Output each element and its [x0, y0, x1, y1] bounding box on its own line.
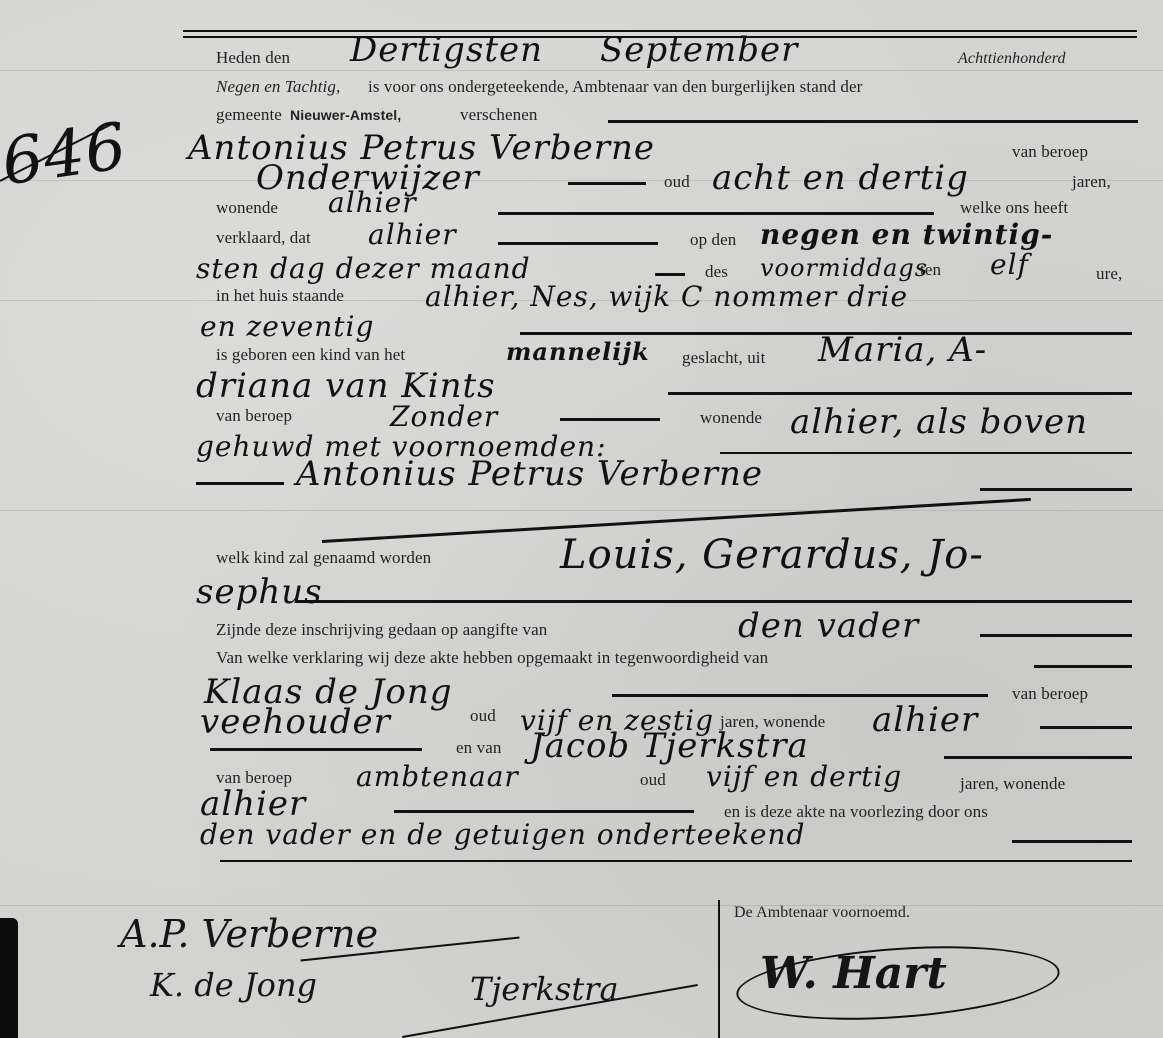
handwritten-mother-name: Maria, A- — [818, 330, 987, 370]
handwritten-house-location: alhier, Nes, wijk C nommer drie — [425, 280, 908, 313]
label-op-den: op den — [690, 230, 736, 250]
label-van-beroep-1: van beroep — [1012, 142, 1088, 162]
label-jaren-wonende-2: jaren, wonende — [960, 774, 1065, 794]
fill-rule — [568, 182, 646, 185]
fill-rule — [1012, 840, 1132, 843]
label-oud-1: oud — [664, 172, 690, 192]
label-in-het-huis: in het huis staande — [216, 286, 344, 306]
handwritten-witness1-residence: alhier — [872, 700, 978, 740]
fill-rule — [720, 452, 1132, 454]
label-des: des — [705, 262, 728, 282]
label-verschenen: verschenen — [460, 105, 537, 125]
handwritten-declarant-age: acht en dertig — [712, 158, 969, 198]
municipality-name: Nieuwer-Amstel, — [290, 107, 401, 123]
label-ten: ten — [920, 260, 941, 280]
label-heden-den: Heden den — [216, 48, 290, 68]
handwritten-month: September — [600, 30, 798, 70]
handwritten-hour: elf — [990, 248, 1029, 281]
handwritten-time-of-day: voormiddags — [760, 254, 928, 282]
signature-divider — [718, 900, 720, 1038]
handwritten-sex: mannelijk — [506, 337, 650, 366]
label-van-beroep-3: van beroep — [1012, 684, 1088, 704]
handwritten-mother-occupation: Zonder — [390, 400, 498, 433]
fill-rule — [944, 756, 1132, 759]
label-van-welke: Van welke verklaring wij deze akte hebbe… — [216, 648, 768, 668]
handwritten-witness2-age: vijf en dertig — [706, 760, 902, 793]
handwritten-child-name: Louis, Gerardus, Jo- — [560, 532, 984, 578]
handwritten-birth-day: negen en twintig- — [760, 218, 1053, 251]
fill-rule — [980, 488, 1132, 491]
fill-rule — [1034, 665, 1132, 668]
label-van-beroep-2: van beroep — [216, 406, 292, 426]
label-welke-ons-heeft: welke ons heeft — [960, 198, 1068, 218]
label-geslacht-uit: geslacht, uit — [682, 348, 765, 368]
handwritten-witness2-occupation: ambtenaar — [356, 760, 519, 793]
label-oud-3: oud — [640, 770, 666, 790]
fill-rule — [980, 634, 1132, 637]
fill-rule — [560, 418, 660, 421]
handwritten-informant: den vader — [738, 606, 919, 646]
handwritten-house-location-cont: en zeventig — [200, 310, 374, 343]
fill-rule — [668, 392, 1132, 395]
fill-rule — [655, 273, 685, 276]
handwritten-mother-residence: alhier, als boven — [790, 402, 1088, 442]
fill-rule — [1040, 726, 1132, 729]
label-wonende-1: wonende — [216, 198, 278, 218]
label-gemeente: gemeente — [216, 105, 282, 125]
label-zijnde: Zijnde deze inschrijving gedaan op aangi… — [216, 620, 547, 640]
label-line2: is voor ons ondergeteekende, Ambtenaar v… — [368, 77, 862, 97]
label-oud-2: oud — [470, 706, 496, 726]
page-binding-edge — [0, 918, 18, 1038]
fill-rule — [210, 748, 422, 751]
fill-rule — [498, 212, 934, 215]
fill-rule — [394, 810, 694, 813]
fill-rule — [608, 120, 1138, 123]
fill-rule — [296, 600, 1132, 603]
label-jaren-1: jaren, — [1072, 172, 1111, 192]
fill-rule — [196, 482, 284, 485]
label-is-geboren: is geboren een kind van het — [216, 345, 405, 365]
handwritten-declarant-residence: alhier — [328, 186, 417, 219]
label-ambtenaar-voornoemd: De Ambtenaar voornoemd. — [734, 904, 910, 922]
closing-rule — [220, 860, 1132, 862]
label-welk-kind: welk kind zal genaamd worden — [216, 548, 431, 568]
handwritten-day: Dertigsten — [350, 30, 543, 70]
fill-rule — [612, 694, 988, 697]
handwritten-signed-by: den vader en de getuigen onderteekend — [200, 818, 805, 851]
label-negen-en-tachtig: Negen en Tachtig, — [216, 77, 340, 97]
label-verklaard-dat: verklaard, dat — [216, 228, 311, 248]
signature-witness1: K. de Jong — [150, 966, 317, 1004]
signature-father: A.P. Verberne — [120, 912, 378, 956]
handwritten-birth-place: alhier — [368, 218, 457, 251]
handwritten-child-name-cont: sephus — [196, 572, 323, 612]
label-wonende-2: wonende — [700, 408, 762, 428]
label-achttienhonderd: Achttienhonderd — [958, 50, 1066, 68]
handwritten-witness1-occupation: veehouder — [200, 702, 391, 742]
fill-rule — [498, 242, 658, 245]
label-en-van: en van — [456, 738, 501, 758]
handwritten-father-repeat: Antonius Petrus Verberne — [296, 454, 763, 494]
label-ure: ure, — [1096, 264, 1122, 284]
